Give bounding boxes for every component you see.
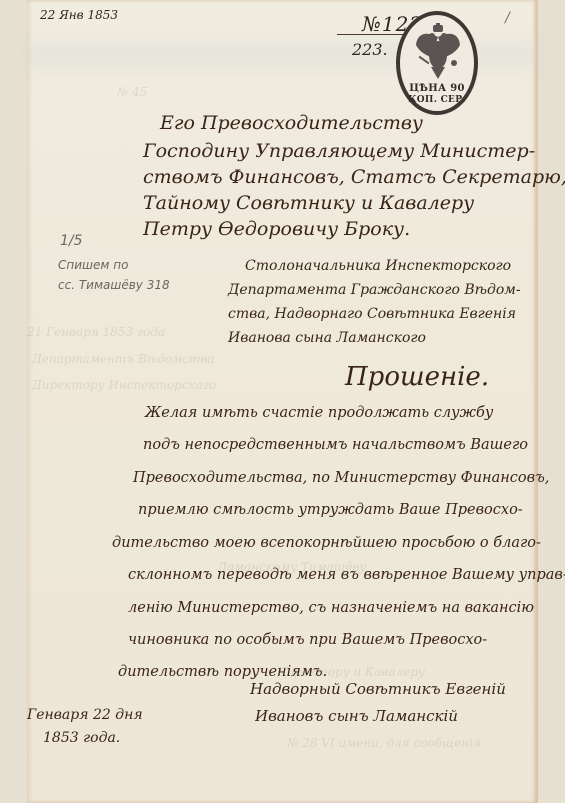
double-headed-eagle-icon: [413, 23, 463, 81]
margin-note: сс. Тимашёву 318: [58, 278, 170, 292]
body-line: подъ непосредственнымъ начальствомъ Ваше…: [143, 437, 528, 453]
addressee-line: Его Превосходительству: [160, 112, 423, 134]
body-line: Превосходительства, по Министерству Фина…: [133, 470, 549, 486]
revenue-stamp: ЦѢНА 90 КОП. СЕР.: [396, 11, 478, 115]
registration-sub-number: 223.: [352, 40, 388, 59]
bleed-through-text: Департаментъ Вѣдомства: [32, 352, 215, 366]
body-line: склонномъ переводѣ меня въ ввѣренное Ваш…: [128, 567, 565, 583]
footer-date: Генваря 22 дня: [27, 707, 143, 723]
body-line: Желая имѣть счастіе продолжать службу: [145, 405, 493, 421]
date-note: 22 Янв 1853: [40, 8, 118, 22]
body-line: дительство моею всепокорнѣйшею просьбою …: [112, 535, 541, 551]
bleed-through-text: Директору Инспекторскаго: [32, 378, 216, 392]
sender-line: ства, Надворнаго Совѣтника Евгенія: [228, 306, 516, 322]
body-line: приемлю смѣлость утруждать Ваше Превосхо…: [138, 502, 523, 518]
body-line: чиновника по особымъ при Вашемъ Превосхо…: [128, 632, 487, 648]
body-line: ленію Министерство, съ назначеніемъ на в…: [128, 600, 534, 616]
paper-edge: [533, 0, 538, 803]
signature-rank: Надворный Совѣтникъ Евгеній: [250, 680, 506, 698]
sender-line: Иванова сына Ламанского: [228, 330, 426, 346]
bleed-through-text: № 28 VI имени, для сообщенія: [287, 736, 481, 750]
signature-name: Ивановъ сынъ Ламанскій: [255, 707, 458, 725]
addressee-line: Господину Управляющему Министер-: [143, 140, 535, 162]
sender-line: Департамента Гражданского Вѣдом-: [228, 282, 521, 298]
bleed-through-text: 21 Генваря 1853 года: [27, 325, 165, 339]
addressee-line: ствомъ Финансовъ, Статсъ Секретарю,: [143, 166, 565, 188]
addressee-line: Тайному Совѣтнику и Кавалеру: [143, 192, 474, 214]
margin-fraction: 1/5: [60, 233, 83, 249]
stamp-price: ЦѢНА 90: [400, 83, 474, 94]
sender-line: Столоначальника Инспекторского: [245, 258, 511, 274]
stamp-unit: КОП. СЕР.: [400, 95, 474, 105]
document-title: Прошеніе.: [345, 362, 489, 392]
registration-divider: [337, 34, 412, 35]
margin-note: Спишем по: [58, 258, 128, 272]
bleed-through-text: № 45: [117, 85, 147, 99]
body-line: дительствѣ порученіямъ.: [118, 664, 327, 680]
corner-mark: /: [505, 10, 510, 26]
addressee-line: Петру Ѳедоровичу Броку.: [143, 218, 410, 240]
footer-year: 1853 года.: [43, 730, 120, 746]
